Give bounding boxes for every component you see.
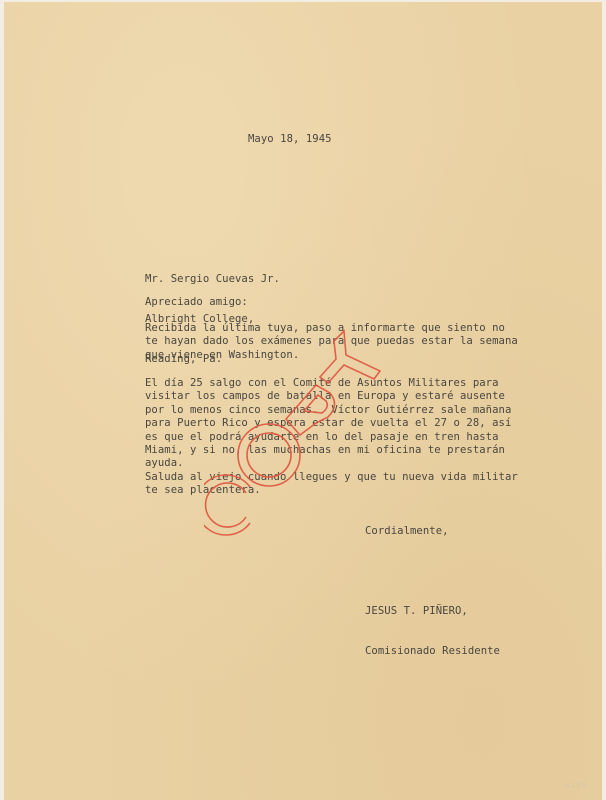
letter-page: Mayo 18, 1945 Mr. Sergio Cuevas Jr. Albr… [4, 2, 602, 800]
letter-date: Mayo 18, 1945 [248, 133, 332, 146]
signer-title: Comisionado Residente [365, 645, 500, 658]
body-paragraph-2: El día 25 salgo con el Comité de Asuntos… [145, 377, 511, 471]
signer-name: JESUS T. PIÑERO, [365, 605, 500, 618]
body-paragraph-3: Saluda al viejo cuando llegues y que tu … [145, 471, 518, 498]
recipient-name: Mr. Sergio Cuevas Jr. [145, 273, 280, 286]
closing: Cordialmente, [365, 525, 449, 538]
salutation: Apreciado amigo: [145, 296, 248, 309]
recipient-address: Mr. Sergio Cuevas Jr. Albright College, … [145, 246, 280, 393]
body-paragraph-1: Recibida la última tuya, paso a informar… [145, 322, 518, 362]
signature-block: JESUS T. PIÑERO, Comisionado Residente [365, 578, 500, 685]
archive-number: 6409 [565, 781, 588, 790]
